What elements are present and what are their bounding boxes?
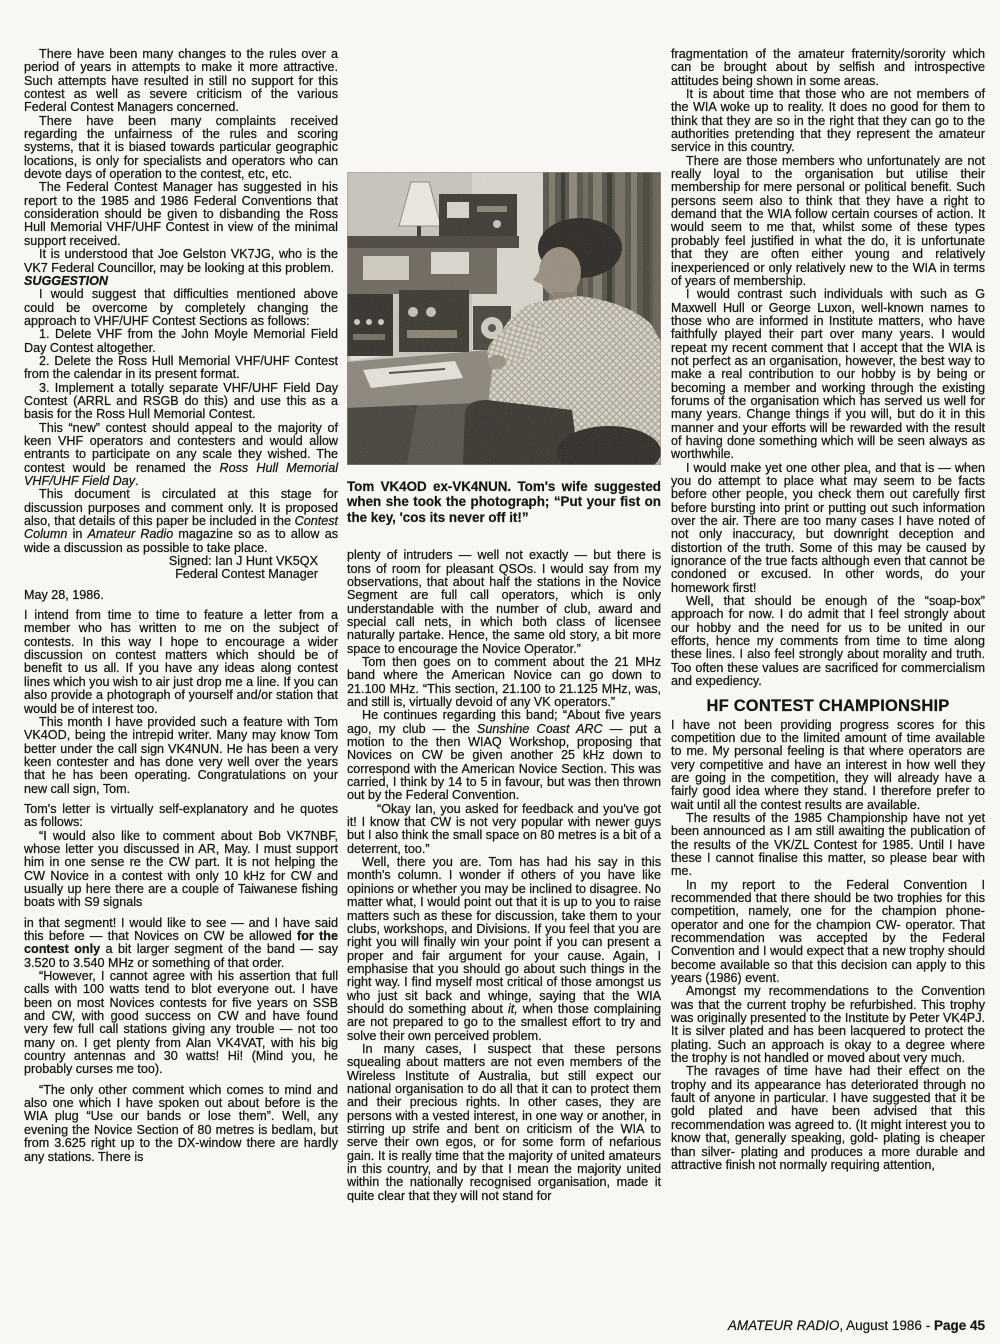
paragraph: I intend from time to time to feature a … [24, 609, 338, 716]
list-item: 3. Implement a totally separate VHF/UHF … [24, 382, 338, 422]
section-heading: HF CONTEST CHAMPIONSHIP [671, 697, 985, 716]
text-run: I have not been providing progress score… [671, 718, 985, 812]
paragraph: fragmentation of the amateur fraternity/… [671, 48, 985, 88]
paragraph: “The only other comment which comes to m… [24, 1084, 338, 1164]
paragraph: I would make yet one other plea, and tha… [671, 462, 985, 595]
paragraph: I would suggest that difficulties mentio… [24, 288, 338, 328]
page-number: Page 45 [934, 1318, 985, 1333]
signature-line: Federal Contest Manager [24, 568, 338, 581]
magazine-page: There have been many changes to the rule… [0, 0, 1000, 1344]
paragraph: In many cases, I suspect that these pers… [347, 1043, 661, 1203]
paragraph: “Okay Ian, you asked for feedback and yo… [347, 803, 661, 856]
text-run: I intend from time to time to feature a … [24, 608, 338, 715]
text-run: “The only other comment which comes to m… [24, 1083, 338, 1164]
text-run: Well, there you are. Tom has had his say… [347, 855, 661, 1016]
text-run: Tom then goes on to comment about the 21… [347, 655, 661, 709]
text-run: “I would also like to comment about Bob … [24, 829, 338, 910]
text-run: fragmentation of the amateur fraternity/… [671, 47, 985, 88]
paragraph: “I would also like to comment about Bob … [24, 830, 338, 910]
paragraph: The results of the 1985 Championship hav… [671, 812, 985, 879]
paragraph: I would contrast such individuals with s… [671, 288, 985, 461]
text-run: “However, I cannot agree with his assert… [24, 969, 338, 1076]
paragraph: “However, I cannot agree with his assert… [24, 970, 338, 1077]
paragraph: There have been many complaints received… [24, 115, 338, 182]
paragraph: May 28, 1986. [24, 589, 338, 602]
text-run: There are those members who unfortunatel… [671, 154, 985, 288]
text-run: There have been many complaints received… [24, 114, 338, 181]
text-run: Signed: Ian J Hunt VK5QX [169, 554, 318, 568]
paragraph: plenty of intruders — well not exactly —… [347, 549, 661, 656]
text-run: It is about time that those who are not … [671, 87, 985, 154]
text-run: SUGGESTION [24, 274, 108, 288]
text-run: In many cases, I suspect that these pers… [347, 1042, 661, 1203]
paragraph: It is understood that Joe Gelston VK7JG,… [24, 248, 338, 275]
text-run: in [67, 527, 87, 541]
signature-line: Signed: Ian J Hunt VK5QX [24, 555, 338, 568]
text-run: This month I have provided such a featur… [24, 715, 338, 796]
feature-photo: UN [347, 172, 661, 465]
text-run: 3. Implement a totally separate VHF/UHF … [24, 381, 338, 422]
text-run: it, [508, 1002, 518, 1016]
left-column: There have been many changes to the rule… [24, 48, 338, 1164]
text-run: Sunshine Coast ARC [477, 722, 603, 736]
text-run: The Federal Contest Manager has suggeste… [24, 180, 338, 247]
paragraph: Well, there you are. Tom has had his say… [347, 856, 661, 1043]
text-run: I would contrast such individuals with s… [671, 287, 985, 461]
text-run: plenty of intruders — well not exactly —… [347, 548, 661, 655]
paragraph: I have not been providing progress score… [671, 719, 985, 812]
middle-column: UN [347, 172, 661, 1203]
paragraph: Well, that should be enough of the “soap… [671, 595, 985, 688]
paragraph: This month I have provided such a featur… [24, 716, 338, 796]
list-item: 2. Delete the Ross Hull Memorial VHF/UHF… [24, 355, 338, 382]
text-run: It is understood that Joe Gelston VK7JG,… [24, 247, 338, 274]
text-run: Tom's letter is virtually self-explanato… [24, 802, 338, 829]
paragraph: There have been many changes to the rule… [24, 48, 338, 115]
text-run: Well, that should be enough of the “soap… [671, 594, 985, 688]
paragraph: Tom's letter is virtually self-explanato… [24, 803, 338, 830]
paragraph: in that segment! I would like to see — a… [24, 917, 338, 970]
photo-caption: Tom VK4OD ex-VK4NUN. Tom's wife suggeste… [347, 479, 661, 525]
text-run: in that segment! I would like to see — a… [24, 916, 338, 943]
text-run: May 28, 1986. [24, 588, 104, 602]
footer-issue: , August 1986 - [839, 1318, 934, 1333]
text-run: Amongst my recommendations to the Conven… [671, 984, 985, 1065]
right-column: fragmentation of the amateur fraternity/… [671, 48, 985, 1172]
text-run: 2. Delete the Ross Hull Memorial VHF/UHF… [24, 354, 338, 381]
paragraph: In my report to the Federal Convention I… [671, 879, 985, 986]
paragraph: The Federal Contest Manager has suggeste… [24, 181, 338, 248]
text-run: “Okay Ian, you asked for feedback and yo… [347, 802, 661, 856]
text-run: There have been many changes to the rule… [24, 47, 338, 114]
text-run: HF CONTEST CHAMPIONSHIP [707, 697, 950, 715]
paragraph: This document is circulated at this stag… [24, 488, 338, 555]
paragraph: Tom then goes on to comment about the 21… [347, 656, 661, 709]
text-run: This document is circulated at this stag… [24, 487, 338, 528]
subsection-heading: SUGGESTION [24, 275, 338, 288]
paragraph: Amongst my recommendations to the Conven… [671, 985, 985, 1065]
paragraph: This “new” contest should appeal to the … [24, 422, 338, 489]
paragraph: He continues regarding this band; “About… [347, 709, 661, 802]
paragraph: There are those members who unfortunatel… [671, 155, 985, 288]
text-run: Amateur Radio [88, 527, 174, 541]
middle-column-text: plenty of intruders — well not exactly —… [347, 549, 661, 1203]
text-run: 1. Delete VHF from the John Moyle Memori… [24, 327, 338, 354]
paragraph: The ravages of time have had their effec… [671, 1065, 985, 1172]
page-footer: AMATEUR RADIO, August 1986 - Page 45 [728, 1318, 985, 1333]
list-item: 1. Delete VHF from the John Moyle Memori… [24, 328, 338, 355]
text-run: The results of the 1985 Championship hav… [671, 811, 985, 878]
text-run: The ravages of time have had their effec… [671, 1064, 985, 1171]
paragraph: It is about time that those who are not … [671, 88, 985, 155]
text-run: I would suggest that difficulties mentio… [24, 287, 338, 328]
text-run: Federal Contest Manager [175, 567, 318, 581]
journal-title: AMATEUR RADIO [728, 1318, 840, 1333]
text-run: . [135, 474, 139, 488]
text-run: In my report to the Federal Convention I… [671, 878, 985, 985]
text-run: I would make yet one other plea, and tha… [671, 461, 985, 595]
